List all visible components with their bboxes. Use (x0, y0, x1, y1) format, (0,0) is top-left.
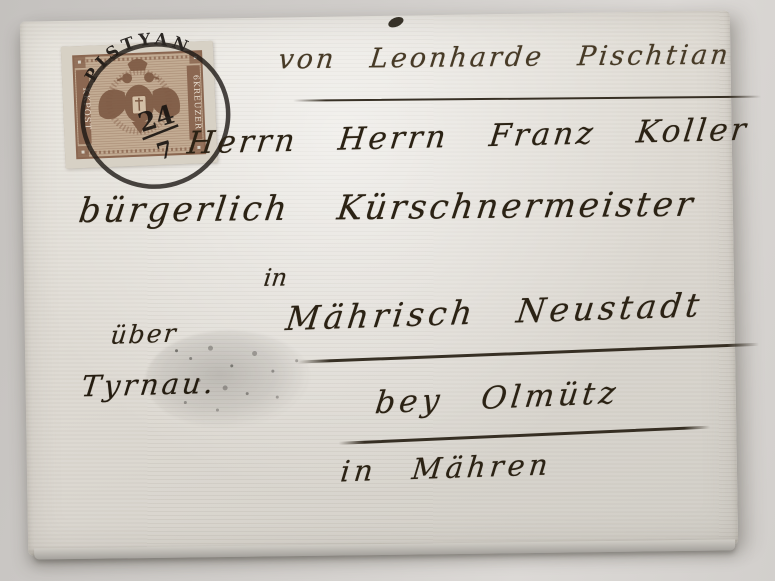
postmark-town: PISTYAN (73, 29, 198, 89)
ink-underline-destination (297, 343, 759, 363)
ink-blot (387, 15, 405, 30)
ink-speckles (175, 349, 178, 352)
handwriting-sender-line: von Leonharde Pischtian (277, 40, 733, 76)
handwriting-occupation-line: bürgerlich Kürschnermeister (76, 185, 697, 232)
ink-underline-sender (293, 96, 761, 102)
photo-background: KKPOST 6KREUZER (0, 0, 775, 581)
postmark-cancel: PISTYAN 24 7 (69, 29, 242, 202)
ink-underline-near (339, 426, 711, 445)
handwriting-addressee-line: Herrn Herrn Franz Koller (185, 112, 750, 162)
handwriting-near-line: bey Olmütz (373, 375, 621, 421)
handwriting-via-town: Tyrnau. (80, 366, 218, 404)
postmark-month: 7 (153, 135, 176, 165)
handwriting-region-line: in Mähren (339, 447, 554, 488)
letter-bottom-edge (34, 539, 735, 559)
handwriting-destination-line: Mährisch Neustadt (284, 285, 706, 338)
handwriting-in-word: in (262, 263, 289, 291)
folded-letter: KKPOST 6KREUZER (20, 10, 738, 555)
postmark-town-arc: PISTYAN (73, 29, 198, 89)
handwriting-via-word: über (109, 319, 179, 350)
